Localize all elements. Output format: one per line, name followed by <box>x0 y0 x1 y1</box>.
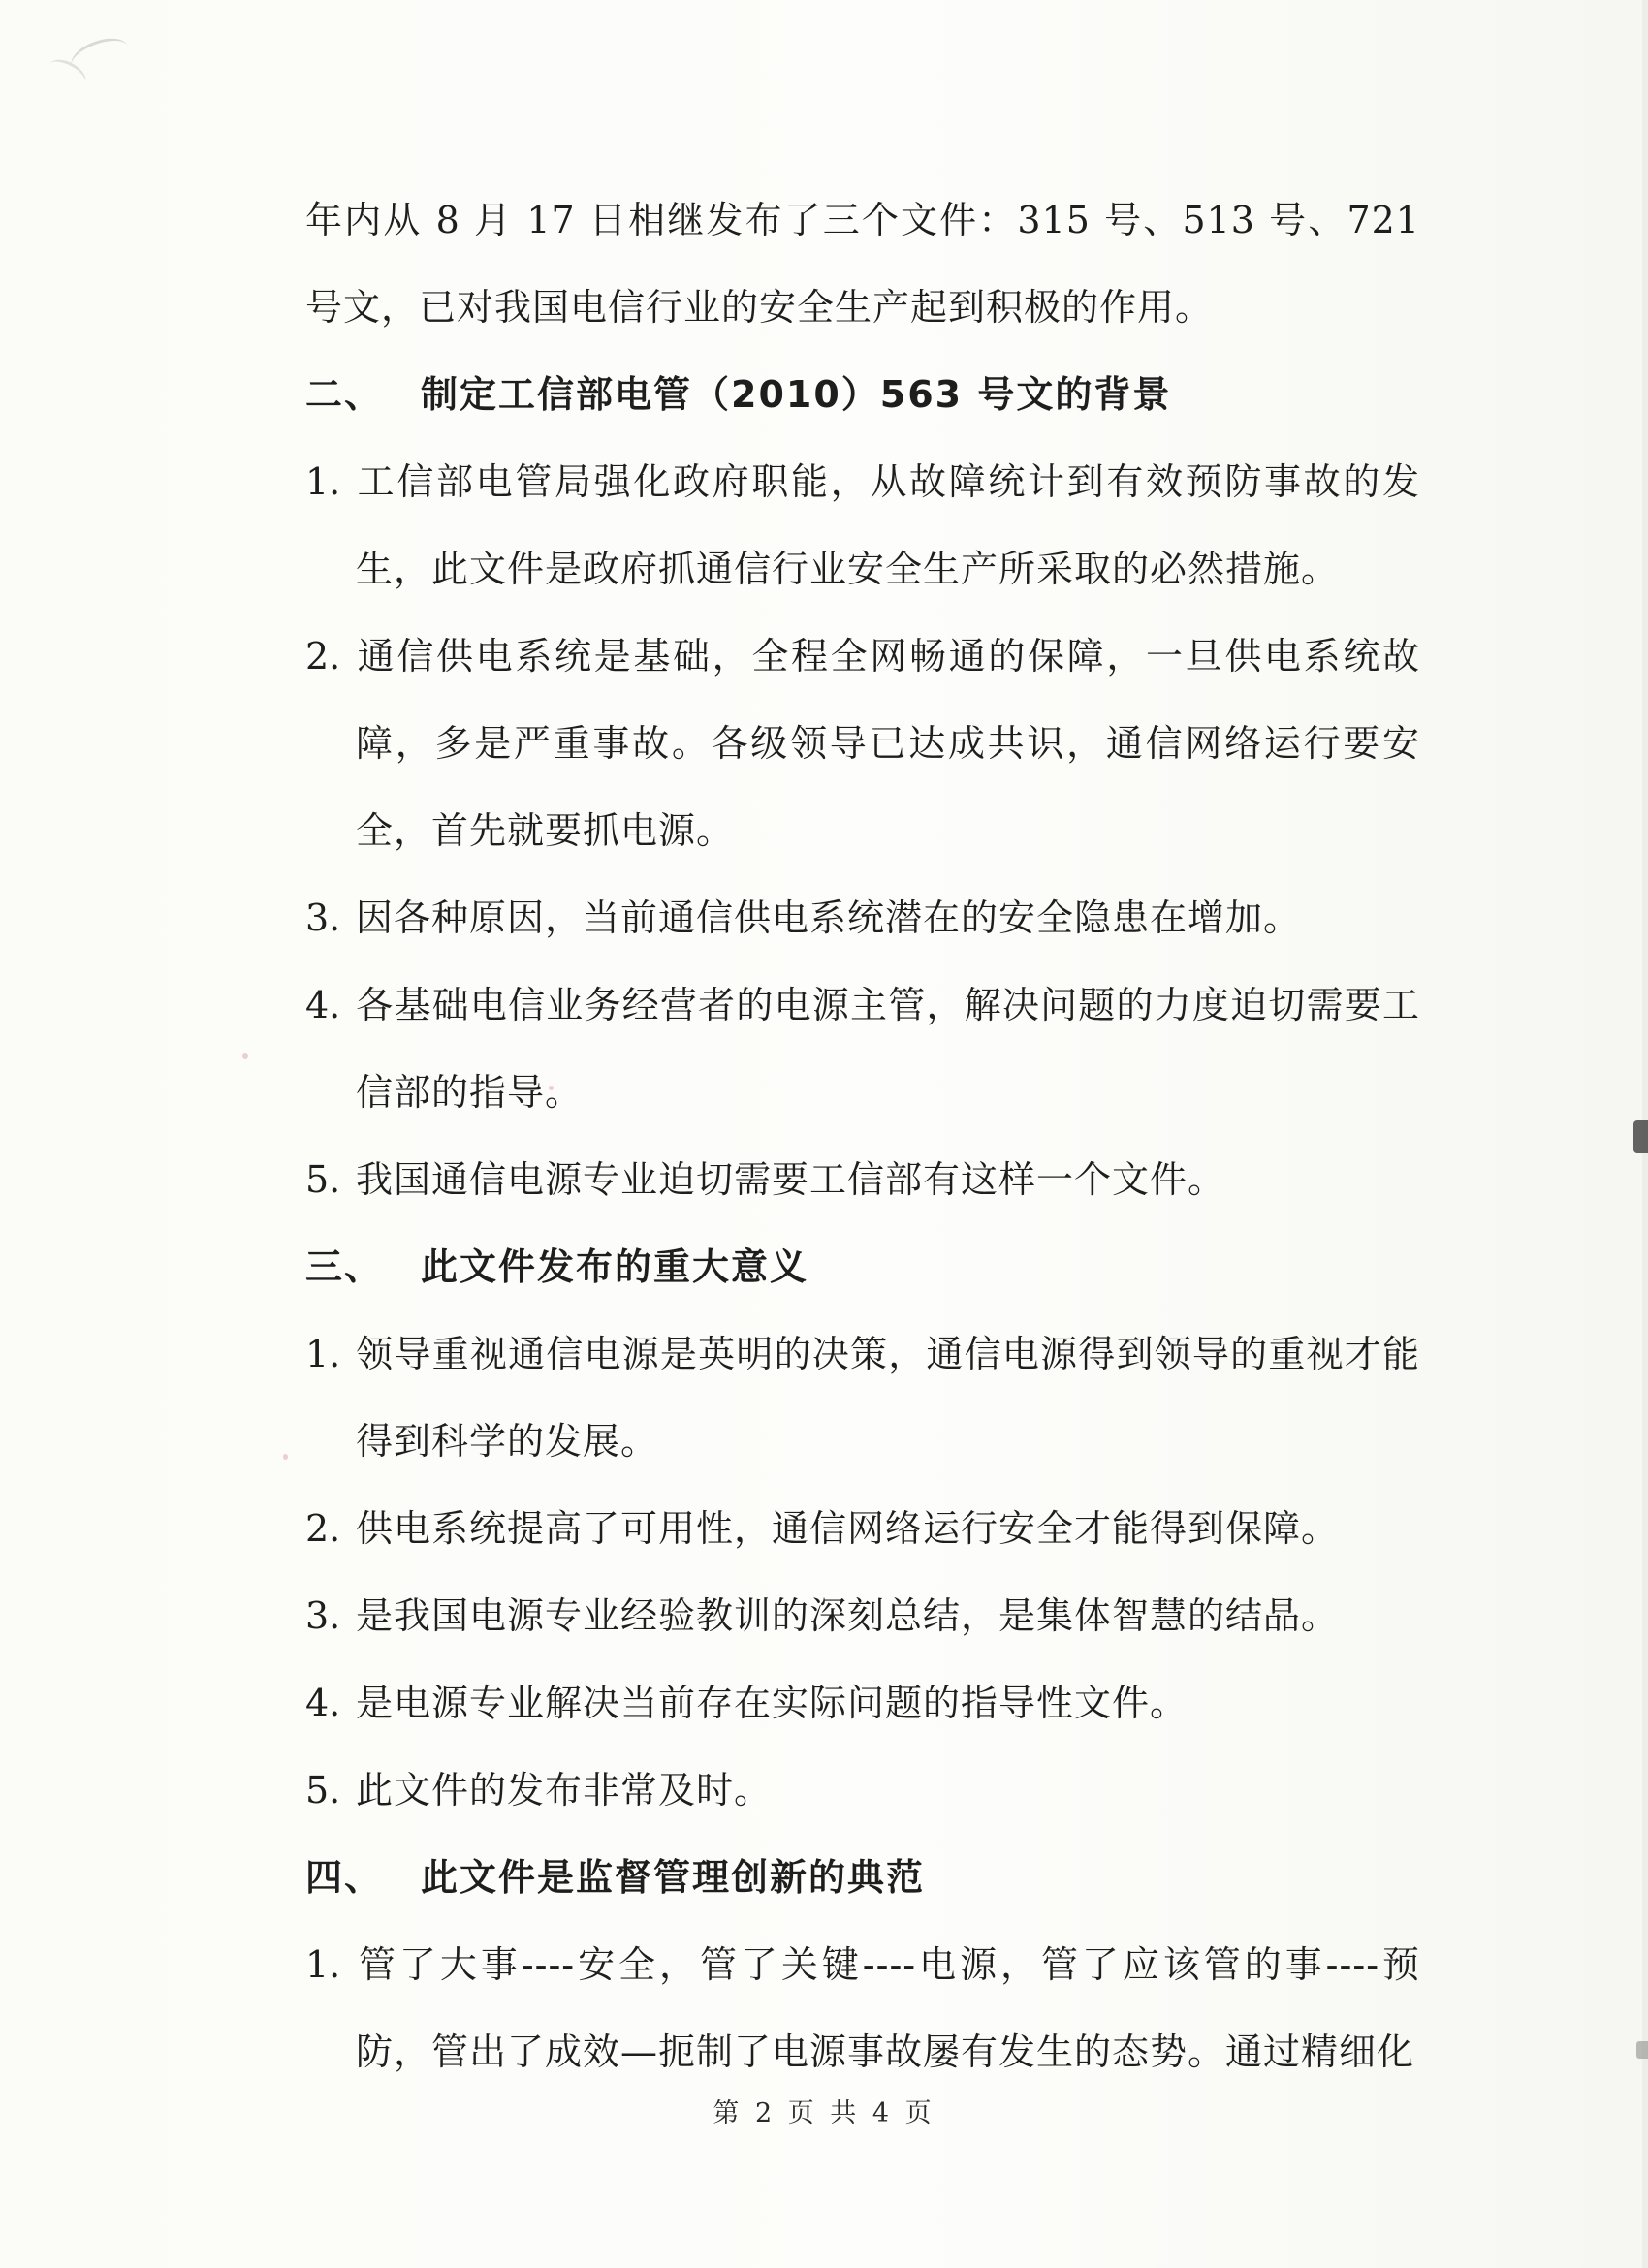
list-item: 3.是我国电源专业经验教训的深刻总结，是集体智慧的结晶。 <box>305 1572 1420 1659</box>
item-number: 3. <box>305 1572 356 1659</box>
list-item: 2.供电系统提高了可用性，通信网络运行安全才能得到保障。 <box>305 1485 1420 1572</box>
list-item: 2.通信供电系统是基础，全程全网畅通的保障，一旦供电系统故障，多是严重事故。各级… <box>305 613 1420 874</box>
list-item: 4.各基础电信业务经营者的电源主管，解决问题的力度迫切需要工信部的指导。 <box>305 961 1420 1136</box>
item-text: 各基础电信业务经营者的电源主管，解决问题的力度迫切需要工信部的指导。 <box>356 984 1420 1114</box>
item-text: 是我国电源专业经验教训的深刻总结，是集体智慧的结晶。 <box>356 1594 1339 1637</box>
paragraph-intro: 年内从 8 月 17 日相继发布了三个文件：315 号、513 号、721 号文… <box>305 176 1420 351</box>
item-number: 4. <box>305 1659 356 1747</box>
item-text: 是电源专业解决当前存在实际问题的指导性文件。 <box>356 1682 1188 1724</box>
item-text: 工信部电管局强化政府职能，从故障统计到有效预防事故的发生，此文件是政府抓通信行业… <box>356 460 1420 590</box>
item-text: 因各种原因，当前通信供电系统潜在的安全隐患在增加。 <box>356 897 1301 939</box>
list-item: 5.此文件的发布非常及时。 <box>305 1747 1420 1834</box>
section-heading-4: 四、此文件是监督管理创新的典范 <box>305 1834 1420 1921</box>
list-item: 4.是电源专业解决当前存在实际问题的指导性文件。 <box>305 1659 1420 1747</box>
list-item: 3.因各种原因，当前通信供电系统潜在的安全隐患在增加。 <box>305 874 1420 961</box>
scan-ink-speck <box>242 1053 248 1059</box>
item-number: 5. <box>305 1136 356 1223</box>
page-footer: 第 2 页 共 4 页 <box>0 2092 1648 2129</box>
scan-smudge <box>1636 2041 1648 2059</box>
list-item: 1.领导重视通信电源是英明的决策，通信电源得到领导的重视才能得到科学的发展。 <box>305 1310 1420 1485</box>
section-marker: 四、 <box>305 1834 421 1921</box>
item-text: 我国通信电源专业迫切需要工信部有这样一个文件。 <box>356 1158 1225 1201</box>
section-title: 此文件发布的重大意义 <box>421 1245 808 1288</box>
document-body: 年内从 8 月 17 日相继发布了三个文件：315 号、513 号、721 号文… <box>305 176 1420 2095</box>
section-marker: 二、 <box>305 351 421 438</box>
item-text: 此文件的发布非常及时。 <box>356 1769 772 1811</box>
section-heading-2: 二、制定工信部电管（2010）563 号文的背景 <box>305 351 1420 438</box>
item-number: 2. <box>305 613 356 700</box>
item-text: 供电系统提高了可用性，通信网络运行安全才能得到保障。 <box>356 1507 1339 1550</box>
item-number: 1. <box>305 1921 356 2008</box>
item-text: 通信供电系统是基础，全程全网畅通的保障，一旦供电系统故障，多是严重事故。各级领导… <box>356 635 1420 852</box>
item-text: 领导重视通信电源是英明的决策，通信电源得到领导的重视才能得到科学的发展。 <box>356 1333 1420 1463</box>
section-title: 此文件是监督管理创新的典范 <box>421 1856 925 1899</box>
list-item: 1.管了大事----安全，管了关键----电源，管了应该管的事----预防，管出… <box>305 1921 1420 2095</box>
item-number: 3. <box>305 874 356 961</box>
scan-ink-speck <box>283 1454 288 1460</box>
section-title: 制定工信部电管（2010）563 号文的背景 <box>421 373 1171 416</box>
scan-smudge <box>1633 1120 1648 1153</box>
item-number: 4. <box>305 961 356 1049</box>
section-heading-3: 三、此文件发布的重大意义 <box>305 1223 1420 1310</box>
list-item: 1.工信部电管局强化政府职能，从故障统计到有效预防事故的发生，此文件是政府抓通信… <box>305 438 1420 613</box>
section-marker: 三、 <box>305 1223 421 1310</box>
item-number: 2. <box>305 1485 356 1572</box>
item-number: 1. <box>305 438 356 525</box>
item-number: 1. <box>305 1310 356 1398</box>
scanned-page: 年内从 8 月 17 日相继发布了三个文件：315 号、513 号、721 号文… <box>0 0 1648 2268</box>
list-item: 5.我国通信电源专业迫切需要工信部有这样一个文件。 <box>305 1136 1420 1223</box>
item-number: 5. <box>305 1747 356 1834</box>
item-text: 管了大事----安全，管了关键----电源，管了应该管的事----预防，管出了成… <box>356 1943 1420 2073</box>
